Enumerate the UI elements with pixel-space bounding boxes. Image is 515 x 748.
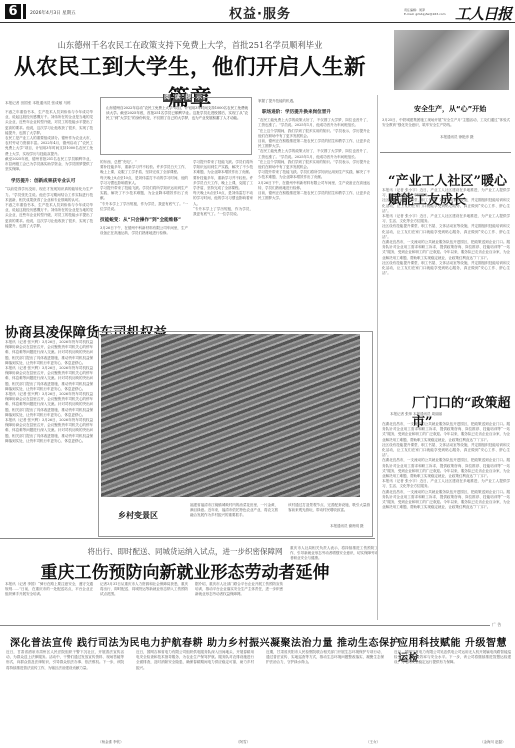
bottom-headline: 重庆工伤预防向新就业形态劳动者延伸: [35, 558, 335, 583]
paragraph: 学习提升带来了技能飞跃。学员们将所学知识运用到生产实践，解决了不少技术难题，为企…: [100, 186, 188, 202]
paragraph: 每天晚上8点至10点，是刘伟雷打不动的学习时间，他的学习习惯也影响着家人。: [193, 191, 253, 207]
paragraph: 在湖北宜昌市，一支流动的公共就业服务队伍开进园区，把政策送到企业门口。服务队针对…: [382, 240, 510, 261]
paragraph: “以前觉得学历没用，现在才发现知识真的能转化为生产力。”学员张先生说。他在学习期…: [5, 187, 93, 203]
lead-column-3: 学习提升带来了技能飞跃。学员们将所学知识运用到生产实践，解决了不少技术难题，为企…: [193, 160, 253, 217]
ad-label: 广 告: [492, 622, 501, 628]
ad-1-credit: （杨金淮 李钦）: [98, 740, 124, 745]
paragraph: 本报讯（记者 张兴利）3月26日，2026年货车司机权益保障协商会议在县里召开，…: [5, 340, 93, 366]
paragraph: 目前，德州正在积极推进第二批农民工学员的招生和教学工作，让更多农民工圆梦大学。: [258, 139, 370, 149]
paragraph: 社区设有技能提升课堂、职工书屋、文体活动室等设施，并定期组织技能培训和文化活动，…: [382, 261, 510, 277]
paragraph: “专升本学上了学历短板，作为学员，我更有底气了。”一位学员说。: [100, 202, 188, 212]
bottom-col-4: 重庆市人社局相关负责人表示，将持续推进工伤预防工作，引导新就业形态劳动者增强安全…: [290, 546, 378, 562]
editor-info: 责任编辑：周莽 E-mail: grbdqyfw@163.com: [404, 8, 446, 16]
paragraph: “农民工能免费上大学的政策太好了，不仅圆了大学梦，岗位也晋升了，工资也涨了。”学…: [258, 118, 370, 128]
paragraph: 学习提升带来了技能飞跃。学员们将所学知识运用到生产实践，解决了不少技术难题，为企…: [258, 170, 370, 180]
issue-date: 2026年4月3日 星期五: [30, 10, 76, 16]
ad-1-body: 近日，甘肃省酒泉市肃州区人民法院组织干警下沉社区，开展普法宣传活动，为群众送上法…: [6, 650, 124, 671]
safety-photo-credit: 本报通讯员 徐艳彦 摄: [440, 135, 474, 140]
paragraph: 目前，德州正在积极推进第二批农民工学员的招生和教学工作，让更多农民工圆梦大学。: [258, 191, 370, 201]
paragraph: 在湖北宜昌市，一支流动的公共就业服务队伍开进园区，把政策送到企业门口。服务队针对…: [382, 458, 510, 479]
paragraph: 3月26日下午，在德州中科新材料有限公司车间里，生产设备正在高速运转，学员们熟练…: [258, 181, 370, 191]
reading-tip-label: 阅 读 提 示: [163, 94, 203, 102]
paragraph: 本报讯（记者 张小宇）近日，产业工人社区建设在多地推进，为产业工人提供学习、生活…: [382, 479, 510, 489]
paragraph: 农民工是产业工人的重要组成部分。德州作为农业大市，农村劳动力资源丰富。2022年…: [5, 136, 93, 157]
subhead-education: 学历提升：创新成果获专业认可: [11, 178, 93, 184]
farm-photo-caption: 乡村变景区: [118, 510, 158, 521]
paragraph: 本报讯（记者 张兴利）3月26日，2026年货车司机权益保障协商会议在县里召开，…: [5, 366, 93, 392]
paragraph: 在湖北宜昌市，一支流动的公共就业服务队伍开进园区，把政策送到企业门口。服务队针对…: [382, 422, 510, 443]
paragraph: 每天晚上8点至10点，是刘伟雷打不动的学习时间，他的学习习惯也影响着家人。: [100, 176, 188, 186]
right-article-2-body: 在湖北宜昌市，一支流动的公共就业服务队伍开进园区，把政策送到企业门口。服务队针对…: [382, 422, 510, 510]
paragraph: 不惑之年重拾书本，生产技术人员刘伟伟与今年成功毕业，说起这段经历感慨万千。刘伟所…: [5, 203, 93, 229]
right-article-2-byline: 本报记者 张帅 本报通讯员 周丽丽: [390, 412, 442, 417]
paragraph: 社区设有技能提升课堂、职工书屋、文体活动室等设施，并定期组织技能培训和文化活动，…: [382, 198, 510, 214]
paragraph: 不惑之年重拾书本，生产技术人员刘伟伟与今年成功毕业，说起这段经历感慨万千。刘伟所…: [5, 110, 93, 136]
lead-column-4: 掌握了提升技能的机遇。 职场进阶：学历提升换来岗位晋升 “农民工能免费上大学的政…: [258, 99, 370, 201]
page-number-bar: [23, 4, 26, 19]
ad-2-body: 近日，国网吉林省电力有限公司组织供电服务队深入田间地头，开展春耕用电安全检查和技…: [136, 650, 254, 671]
bottom-col-3: 据介绍，重庆市人社部门联合平台企业开展工伤预防宣传培训，推动平台企业落实安全生产…: [195, 582, 283, 598]
lead-column-2: 的东西，总想“充电”。” 要补技能多年，重新学习并不轻松。许多学员白天工作，晚上…: [100, 160, 188, 236]
paragraph: 本报讯（记者 张小宇）近日，产业工人社区建设在多地推进，为产业工人提供学习、生活…: [382, 188, 510, 198]
paragraph: 在湖北宜昌市，一支流动的公共就业服务队伍开进园区，把政策送到企业门口。服务队针对…: [382, 490, 510, 511]
paragraph: 学习提升带来了技能飞跃。学员们将所学知识运用到生产实践，解决了不少技术难题，为企…: [193, 160, 253, 176]
paragraph: 3月26日下午，在德州中科新材料有限公司车间里，生产设备正在高速运转，学员们熟练…: [100, 226, 188, 236]
paragraph: 本报讯（记者 张兴利）3月26日，2026年货车司机权益保障协商会议在县里召开，…: [5, 418, 93, 444]
paragraph: 掌握了提升技能的机遇。: [258, 99, 370, 104]
editor-email[interactable]: E-mail: grbdqyfw@163.com: [404, 12, 446, 16]
farm-photo-text-1: 福建省福清市江镜镇城岐村内的油菜花田里，一片金黄、满目绿意。近年来，福清市依托特…: [190, 503, 278, 519]
subhead-career: 职场进阶：学历提升换来岗位晋升: [262, 109, 370, 115]
paragraph: “农民工能免费上大学的政策太好了，不仅圆了大学梦，岗位也晋升了，工资也涨了。”学…: [258, 149, 370, 159]
ad-2-credit: （阿雪）: [236, 740, 250, 745]
newspaper-logo: 工人日报: [455, 3, 511, 24]
ad-3-headline: 凝聚法治力量 推动生态保护: [270, 634, 400, 649]
ad-4-credit: （金海川 赵磊）: [480, 740, 506, 745]
paragraph: 本报讯（记者 张小宇）近日，产业工人社区建设在多地推进，为产业工人提供学习、生活…: [382, 214, 510, 224]
bottom-subtitle: 将出行、即时配送、同城货运纳入试点，进一步织密保障网: [55, 546, 315, 557]
paragraph: 社区设有技能提升课堂、职工书屋、文体活动室等设施，并定期组织技能培训和文化活动，…: [382, 224, 510, 240]
safety-photo-text: 3月25日，中铁城建集团施工现场开展“安全生产月”主题活动，工友们通过“体验式安…: [382, 118, 510, 128]
paragraph: 截至2025年底，德州首批251名农民工学员顺利毕业，市县两级工会已为学员落实助…: [5, 157, 93, 173]
ad-1-headline: 深化普法宣传 践行司法为民: [10, 634, 140, 649]
page-number: 6: [5, 4, 21, 19]
bottom-col-2: 记者3月31日从重庆市人力资源和社会保障局获悉，重庆将出行、即时配送、同城货运等…: [100, 582, 188, 598]
safety-photo: [394, 30, 509, 90]
paragraph: 要补技能多年，重新学习并不轻松。许多学员白天工作，晚上上课，克服了工学矛盾，坚持…: [100, 165, 188, 175]
left-article-body: 本报讯（记者 张兴利）3月26日，2026年货车司机权益保障协商会议在县里召开，…: [5, 340, 93, 444]
ad-3-credit: （王女）: [366, 740, 380, 745]
lead-byline: 本报记者 田国垒 本报通讯员 张成敏 马栋: [5, 101, 71, 106]
bottom-col-1: 本报讯（记者 李国）“骑行在路上要注意安全，遵守交通规则……”日前，在重庆市的一…: [5, 582, 93, 598]
ad-2-headline: 电力护航春耕 助力乡村振兴: [140, 634, 270, 649]
ad-4-body: 近日，国网宁夏电力有限公司吴忠供电公司运用无人机开展输电线路智能巡检，提升了运检…: [394, 650, 511, 666]
header-rule: [0, 22, 515, 23]
farm-photo: [101, 334, 360, 497]
ad-3-body: 近期，甘肃省庆阳市人民检察院联合相关部门开展生态环境保护专项行动，通过普法宣传、…: [266, 650, 384, 666]
safety-photo-caption: 安全生产，从“心”开始: [414, 104, 486, 114]
section-title: 权益·服务: [200, 3, 320, 22]
farm-photo-text-2: 该村通过打造景观节点、完善配套设施，吸引大量游客前来观光游玩，带动村民增收致富。: [288, 503, 370, 513]
paragraph: 要补技能多年，重新学习并不轻松。许多学员白天工作，晚上上课，克服了工学矛盾，坚持…: [193, 176, 253, 192]
right-article-1-body: 本报讯（记者 张小宇）近日，产业工人社区建设在多地推进，为产业工人提供学习、生活…: [382, 188, 510, 276]
reading-tip-text: 山东德州自2022年启动“农民工免费上大学”项目，计划用3年时间支持1000名农…: [106, 106, 248, 122]
paragraph: “专升本学上了学历短板，作为学员，我更有底气了。”一位学员说。: [193, 207, 253, 217]
paragraph: “在上这个学期间，我们学到了很多实用的知识。”学员表示，学历提升让他们在职场中有…: [258, 129, 370, 139]
farm-photo-credit: 本报通讯员 谢贵明 摄: [330, 524, 364, 529]
lead-column-1: 不惑之年重拾书本，生产技术人员刘伟伟与今年成功毕业，说起这段经历感慨万千。刘伟所…: [5, 110, 93, 229]
subhead-skills: 技能蜕变：从“只会操作”到“全能维修”: [100, 217, 188, 223]
paragraph: “在上这个学期间，我们学到了很多实用的知识。”学员表示，学历提升让他们在职场中有…: [258, 160, 370, 170]
paragraph: 社区设有技能提升课堂、职工书屋、文体活动室等设施，并定期组织技能培训和文化活动，…: [382, 443, 510, 459]
paragraph: 本报讯（记者 张兴利）3月26日，2026年货车司机权益保障协商会议在县里召开，…: [5, 392, 93, 418]
